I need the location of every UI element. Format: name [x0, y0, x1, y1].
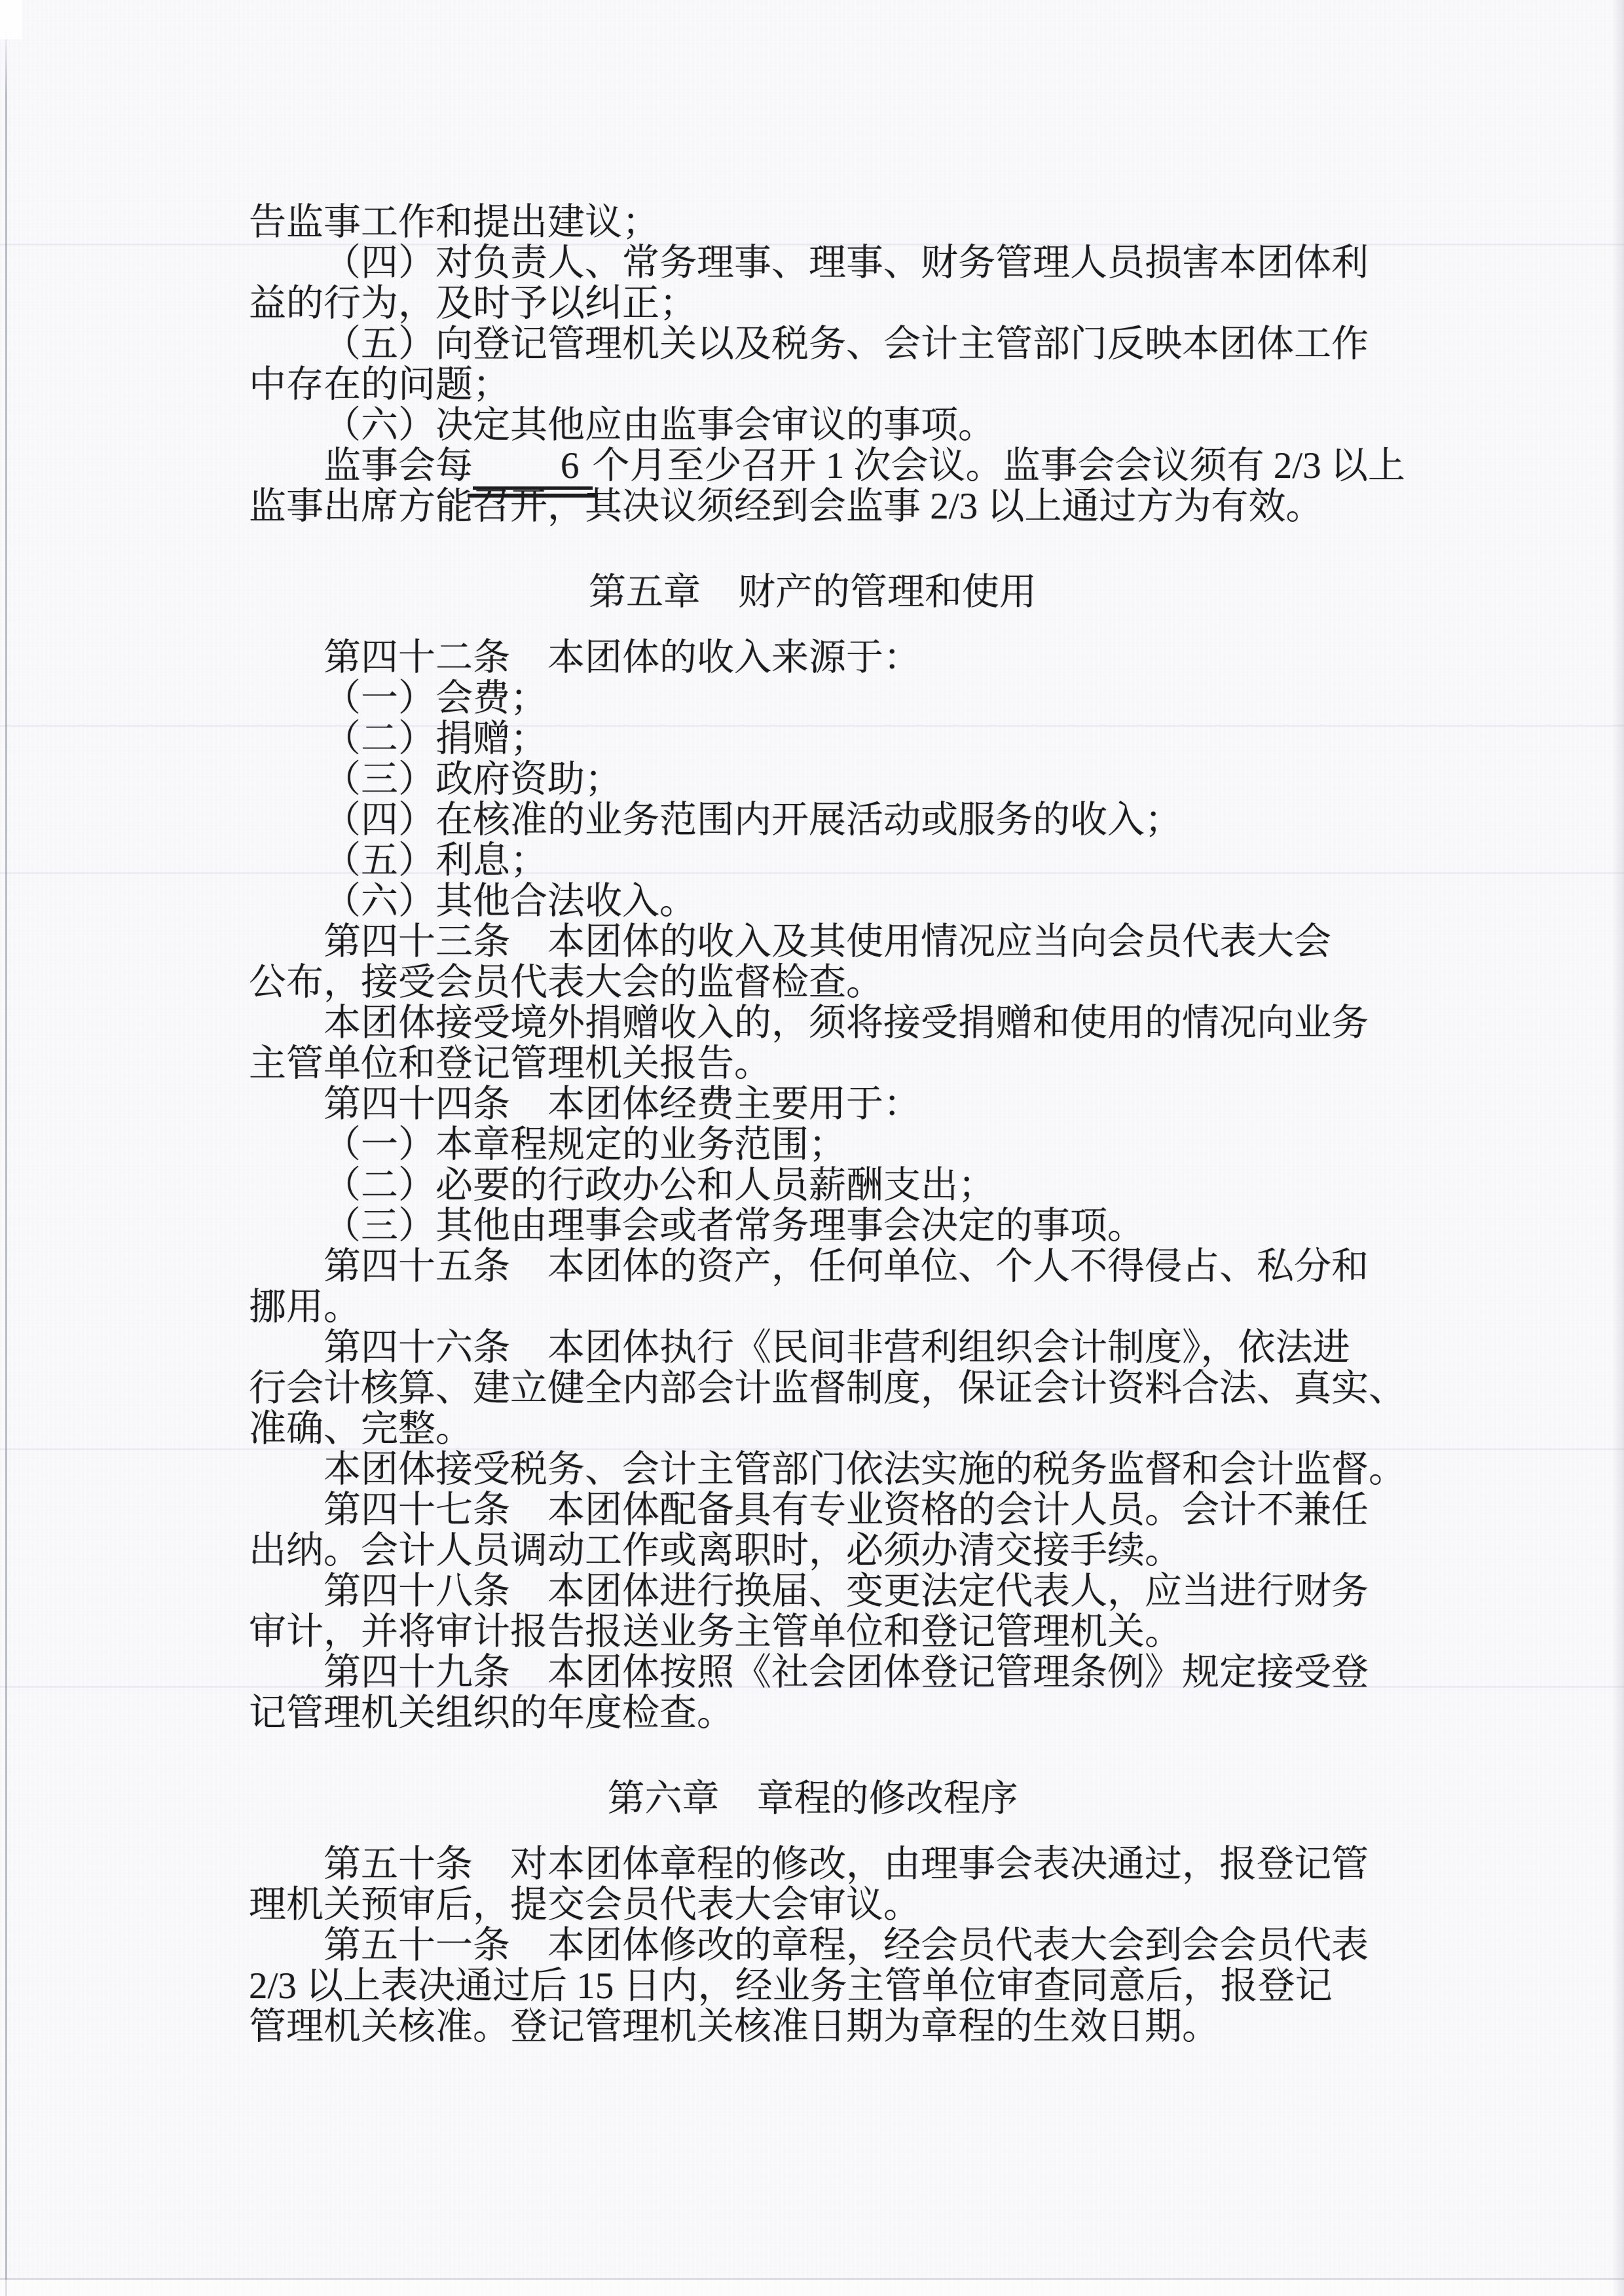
- text-line: 第四十五条 本团体的资产，任何单位、个人不得侵占、私分和: [249, 1247, 1376, 1287]
- text-line: （一）本章程规定的业务范围；: [249, 1125, 1376, 1165]
- text-line: 益的行为，及时予以纠正；: [249, 283, 1376, 324]
- text-line: （三）政府资助；: [249, 759, 1376, 800]
- text-line: 监事出席方能召开，其决议须经到会监事 2/3 以上通过方为有效。: [249, 486, 1376, 527]
- blank-prefix-text: 监事会每: [323, 445, 473, 486]
- text-line: 管理机关核准。登记管理机关核准日期为章程的生效日期。: [249, 2007, 1376, 2047]
- text-line: 本团体接受境外捐赠收入的，须将接受捐赠和使用的情况向业务: [249, 1003, 1376, 1044]
- text-line: （六）决定其他应由监事会审议的事项。: [249, 405, 1376, 446]
- text-line: 告监事工作和提出建议；: [249, 202, 1376, 243]
- chapter-6-heading: 第六章 章程的修改程序: [249, 1779, 1376, 1819]
- scanned-page: 告监事工作和提出建议；（四）对负责人、常务理事、理事、财务管理人员损害本团体利益…: [0, 0, 1624, 2296]
- scan-streak-line: [0, 244, 1624, 246]
- text-line: 主管单位和登记管理机关报告。: [249, 1044, 1376, 1084]
- text-line: 公布，接受会员代表大会的监督检查。: [249, 962, 1376, 1003]
- text-line: 理机关预审后，提交会员代表大会审议。: [249, 1885, 1376, 1925]
- text-line: （一）会费；: [249, 678, 1376, 719]
- scan-streak-line: [0, 1686, 1624, 1688]
- scan-left-edge-line: [5, 26, 7, 2296]
- scan-streak-line: [0, 1448, 1624, 1450]
- text-line: 第五十一条 本团体修改的章程，经会员代表大会到会会员代表: [249, 1925, 1376, 1966]
- text-line: 准确、完整。: [249, 1409, 1376, 1449]
- text-line: 第四十二条 本团体的收入来源于：: [249, 638, 1376, 678]
- text-line: 行会计核算、建立健全内部会计监督制度，保证会计资料合法、真实、: [249, 1368, 1376, 1409]
- text-line: 记管理机关组织的年度检查。: [249, 1693, 1376, 1734]
- text-line: 第五十条 对本团体章程的修改，由理事会表决通过，报登记管: [249, 1844, 1376, 1885]
- text-line-with-blank: 监事会每6个月至少召开 1 次会议。监事会会议须有 2/3 以上: [249, 446, 1376, 486]
- text-line: 2/3 以上表决通过后 15 日内，经业务主管单位审查同意后，报登记: [249, 1966, 1376, 2007]
- text-line: （五）利息；: [249, 841, 1376, 881]
- text-line: （三）其他由理事会或者常务理事会决定的事项。: [249, 1206, 1376, 1247]
- text-line: （五）向登记管理机关以及税务、会计主管部门反映本团体工作: [249, 324, 1376, 365]
- scan-streak-line: [0, 872, 1624, 874]
- text-line: 本团体接受税务、会计主管部门依法实施的税务监督和会计监督。: [249, 1449, 1376, 1490]
- text-line: 第四十八条 本团体进行换届、变更法定代表人，应当进行财务: [249, 1571, 1376, 1612]
- text-line: （六）其他合法收入。: [249, 881, 1376, 922]
- scan-top-left-corner: [0, 0, 22, 39]
- chapter-5-heading: 第五章 财产的管理和使用: [249, 572, 1376, 613]
- text-line: 挪用。: [249, 1287, 1376, 1328]
- text-line: （二）必要的行政办公和人员薪酬支出；: [249, 1165, 1376, 1206]
- text-line: 第四十七条 本团体配备具有专业资格的会计人员。会计不兼任: [249, 1490, 1376, 1531]
- charter-document-body: 告监事工作和提出建议；（四）对负责人、常务理事、理事、财务管理人员损害本团体利益…: [249, 202, 1376, 2047]
- scan-streak-line: [0, 725, 1624, 727]
- text-line: 第四十六条 本团体执行《民间非营利组织会计制度》，依法进: [249, 1328, 1376, 1368]
- text-line: 中存在的问题；: [249, 365, 1376, 405]
- blank-suffix-text: 个月至少召开 1 次会议。监事会会议须有 2/3 以上: [593, 445, 1405, 486]
- meeting-interval-filled-blank: 6: [473, 446, 593, 490]
- text-line: （四）对负责人、常务理事、理事、财务管理人员损害本团体利: [249, 243, 1376, 283]
- scan-below-page-area: [0, 2280, 1624, 2296]
- text-line: 出纳。会计人员调动工作或离职时，必须办清交接手续。: [249, 1531, 1376, 1571]
- text-line: （四）在核准的业务范围内开展活动或服务的收入；: [249, 800, 1376, 841]
- text-line: 第四十四条 本团体经费主要用于：: [249, 1084, 1376, 1125]
- text-line: 审计，并将审计报告报送业务主管单位和登记管理机关。: [249, 1612, 1376, 1652]
- scan-right-edge-shade: [1612, 0, 1624, 2296]
- text-line: 第四十三条 本团体的收入及其使用情况应当向会员代表大会: [249, 922, 1376, 962]
